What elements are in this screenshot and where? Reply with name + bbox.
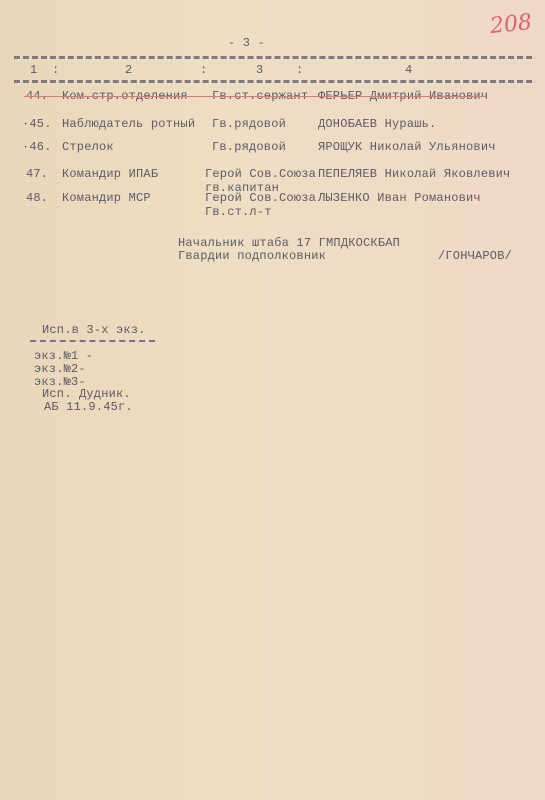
row-number: 48. [26, 191, 48, 205]
footer-rule [30, 340, 155, 342]
row-name: ДОНОБАЕВ Нурашь. [318, 117, 436, 131]
signature-title: Начальник штаба 17 ГМПДКОСКБАП [178, 236, 400, 250]
row-number: ·46. [22, 140, 52, 154]
row-number: ·45. [22, 117, 52, 131]
signature-rank: Гвардии подполковник [178, 249, 326, 263]
archive-page-number: 208 [489, 10, 533, 39]
col-1: 1 [30, 63, 37, 77]
page-number: - 3 - [228, 36, 265, 50]
row-name: ЯРОЩУК Николай Ульянович [318, 140, 496, 154]
row-rank: Гв.рядовой [212, 117, 286, 131]
row-name: ЛЫЗЕНКО Иван Романович [318, 191, 481, 205]
row-rank: Гв.рядовой [212, 140, 286, 154]
header-rule-top [14, 56, 532, 59]
row-position: Командир МСР [62, 191, 151, 205]
col-sep: : [200, 63, 207, 77]
col-2: 2 [125, 63, 132, 77]
row-position: Наблюдатель ротный [62, 117, 195, 131]
row-name: ПЕПЕЛЯЕВ Николай Яковлевич [318, 167, 510, 181]
col-sep: : [296, 63, 303, 77]
executor-note: Исп. Дудник. [42, 387, 131, 401]
strikethrough-line [24, 96, 484, 97]
signature-name: /ГОНЧАРОВ/ [438, 249, 512, 263]
header-rule-bottom [14, 80, 532, 83]
col-3: 3 [256, 63, 263, 77]
date-note: АБ 11.9.45г. [44, 400, 133, 414]
row-rank: Герой Сов.Союза [205, 191, 316, 205]
row-position: Стрелок [62, 140, 114, 154]
row-position: Командир ИПАБ [62, 167, 158, 181]
document-page: 208 - 3 - 1 : 2 : 3 : 4 44. Ком.стр.отде… [0, 0, 545, 800]
row-number: 47. [26, 167, 48, 181]
col-sep: : [52, 63, 59, 77]
row-rank: Герой Сов.Союза [205, 167, 316, 181]
col-4: 4 [405, 63, 412, 77]
copy-line: экз.№1 - [34, 349, 93, 363]
copy-line: экз.№2- [34, 362, 86, 376]
row-rank-secondary: Гв.ст.л-т [205, 205, 272, 219]
copies-note: Исп.в 3-х экз. [42, 323, 146, 337]
